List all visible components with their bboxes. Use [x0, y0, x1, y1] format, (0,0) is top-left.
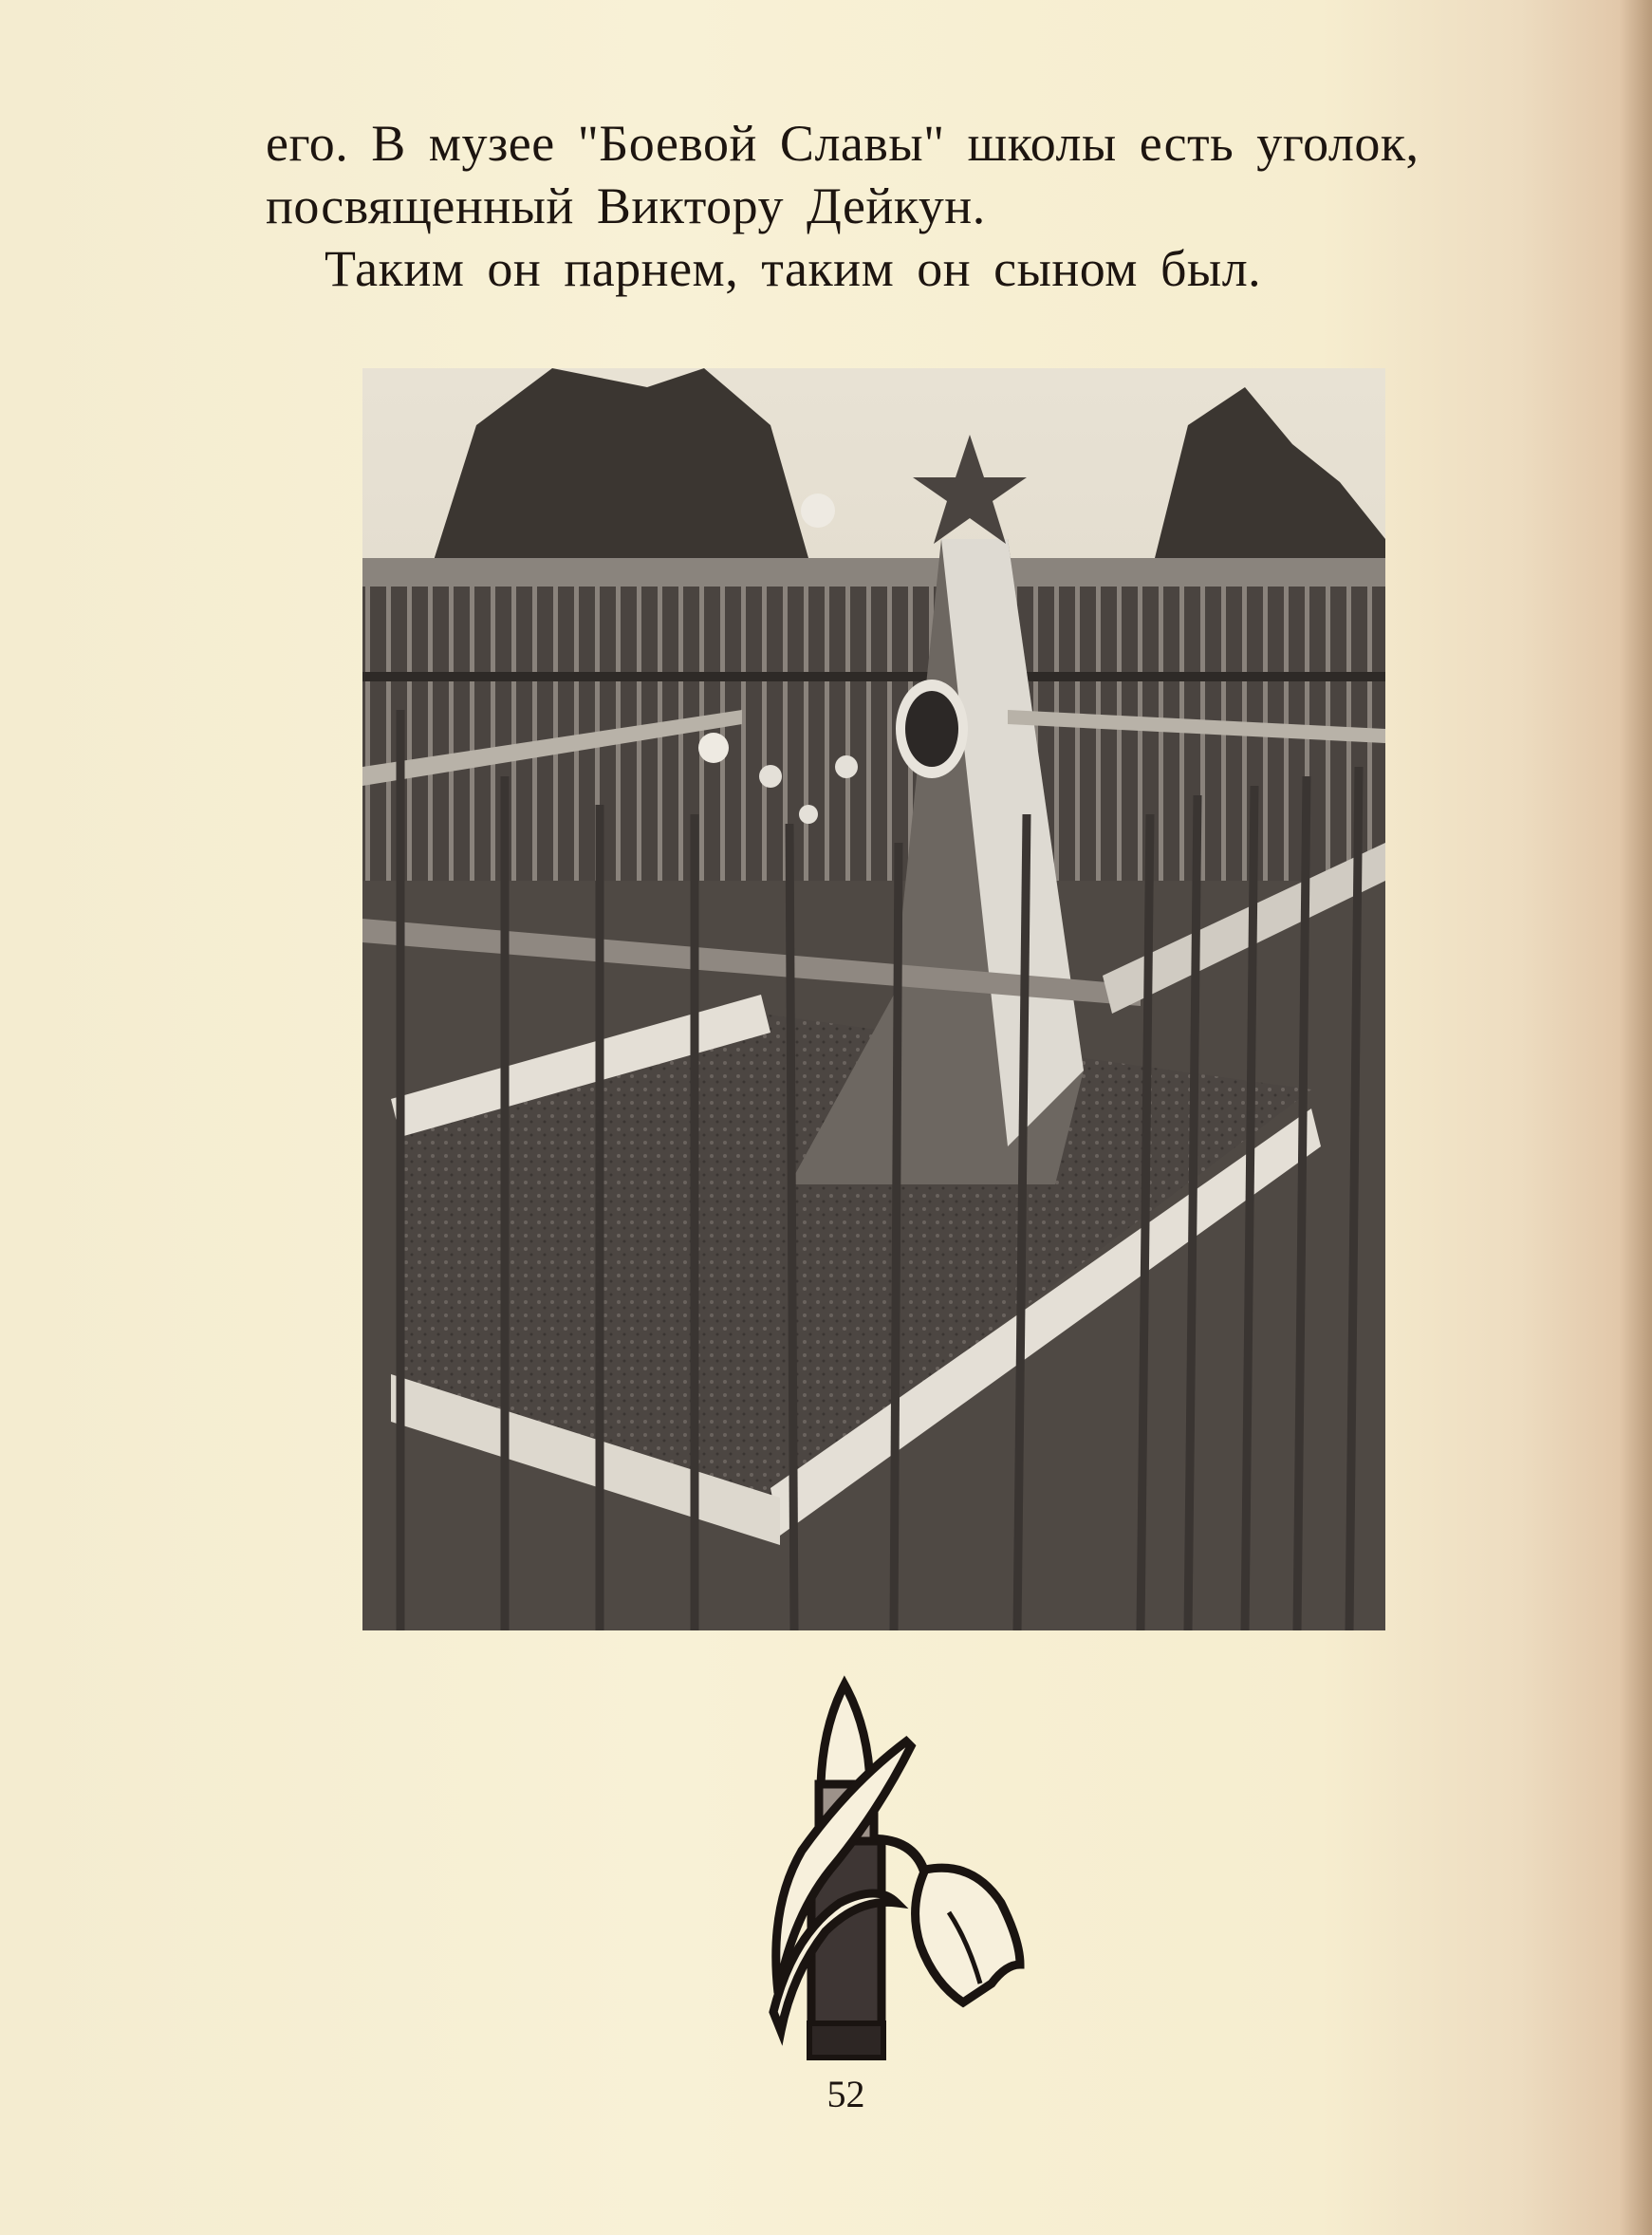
text-line: посвященный Виктору Дейкун. — [266, 175, 1518, 237]
bullet-and-tulip-icon — [735, 1670, 1039, 2069]
photo-graphic — [362, 368, 1385, 1630]
body-text: его. В музее "Боевой Славы" школы есть у… — [266, 112, 1518, 300]
page-number: 52 — [0, 2072, 1652, 2116]
text-line: его. В музее "Боевой Славы" школы есть у… — [266, 112, 1518, 175]
text-line: Таким он парнем, таким он сыном был. — [266, 237, 1518, 300]
grave-monument-photo — [362, 368, 1385, 1630]
book-page: его. В музее "Боевой Славы" школы есть у… — [0, 0, 1652, 2235]
illustration-graphic — [735, 1670, 1039, 2069]
